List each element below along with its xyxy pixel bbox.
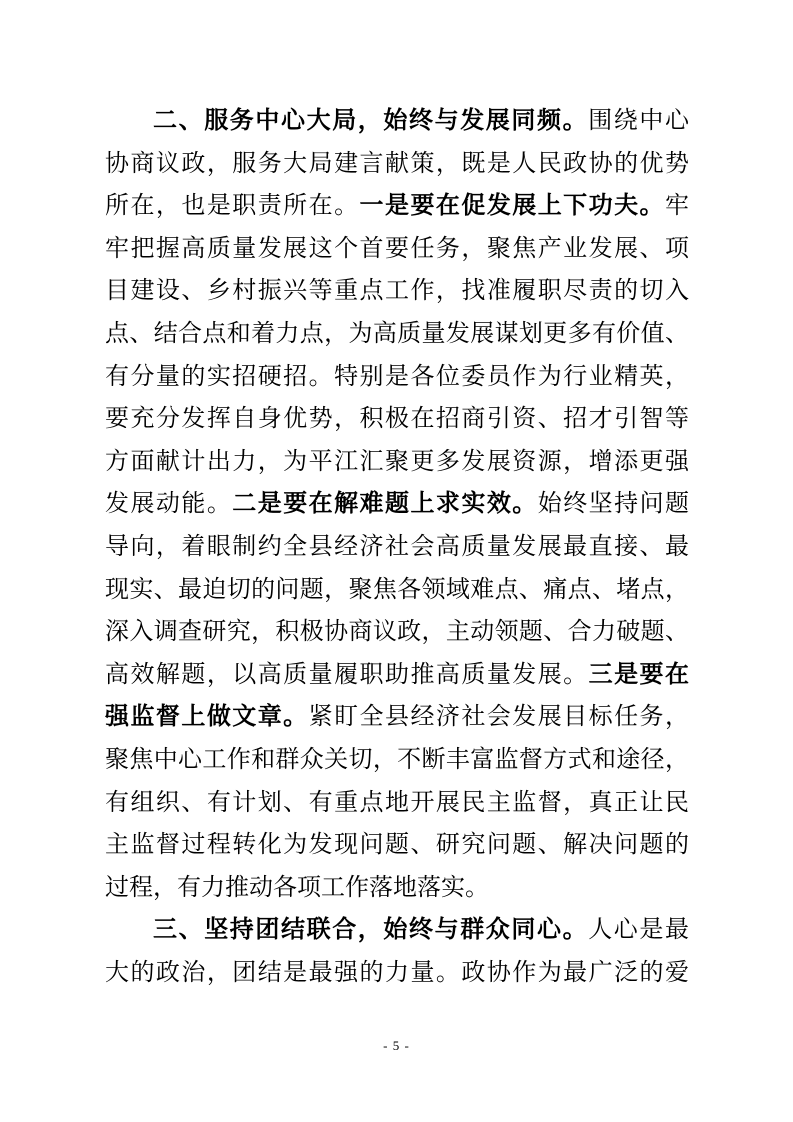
body-text-run: 聚焦中心工作和群众关切，不断丰富监督方式和途径， xyxy=(105,747,689,773)
body-text-run: 牢把握高质量发展这个首要任务，聚焦产业发展、项 xyxy=(105,236,689,262)
text-line: 高效解题，以高质量履职助推高质量发展。三是要在 xyxy=(105,654,689,697)
text-line: 聚焦中心工作和群众关切，不断丰富监督方式和途径， xyxy=(105,739,689,782)
document-body: 二、服务中心大局，始终与发展同频。围绕中心协商议政，服务大局建言献策，既是人民政… xyxy=(105,100,689,994)
body-text-run: 有组织、有计划、有重点地开展民主监督，真正让民 xyxy=(105,790,689,816)
body-text-run: 过程，有力推动各项工作落地落实。 xyxy=(105,875,489,901)
text-line: 有组织、有计划、有重点地开展民主监督，真正让民 xyxy=(105,782,689,825)
text-line: 过程，有力推动各项工作落地落实。 xyxy=(105,867,689,910)
text-line: 现实、最迫切的问题，聚焦各领域难点、痛点、堵点， xyxy=(105,569,689,612)
text-line: 强监督上做文章。紧盯全县经济社会发展目标任务， xyxy=(105,696,689,739)
text-line: 导向，着眼制约全县经济社会高质量发展最直接、最 xyxy=(105,526,689,569)
body-text-run: 导向，着眼制约全县经济社会高质量发展最直接、最 xyxy=(105,534,689,560)
body-text-run: 现实、最迫切的问题，聚焦各领域难点、痛点、堵点， xyxy=(105,577,689,603)
body-text-run: 大的政治，团结是最强的力量。政协作为最广泛的爱 xyxy=(105,960,689,986)
text-line: 有分量的实招硬招。特别是各位委员作为行业精英， xyxy=(105,356,689,399)
paragraph: 三、坚持团结联合，始终与群众同心。人心是最大的政治，团结是最强的力量。政协作为最… xyxy=(105,909,689,994)
body-text-run: 围绕中心 xyxy=(588,108,689,134)
text-line: 目建设、乡村振兴等重点工作，找准履职尽责的切入 xyxy=(105,270,689,313)
text-line: 方面献计出力，为平江汇聚更多发展资源，增添更强 xyxy=(105,441,689,484)
body-text-run: 点、结合点和着力点，为高质量发展谋划更多有价值、 xyxy=(105,321,689,347)
page-number: - 5 - xyxy=(0,1038,793,1054)
body-text-run: 紧盯全县经济社会发展目标任务， xyxy=(309,704,689,730)
document-page: 二、服务中心大局，始终与发展同频。围绕中心协商议政，服务大局建言献策，既是人民政… xyxy=(0,0,793,1122)
body-text-run: 方面献计出力，为平江汇聚更多发展资源，增添更强 xyxy=(105,449,689,475)
body-text-run: 深入调查研究，积极协商议政，主动领题、合力破题、 xyxy=(105,619,689,645)
section-heading-run: 三、坚持团结联合，始终与群众同心。 xyxy=(153,916,588,943)
body-text-run: 要充分发挥自身优势，积极在招商引资、招才引智等 xyxy=(105,406,689,432)
text-line: 深入调查研究，积极协商议政，主动领题、合力破题、 xyxy=(105,611,689,654)
emphasis-run: 二是要在解难题上求实效。 xyxy=(232,491,537,517)
body-text-run: 高效解题，以高质量履职助推高质量发展。 xyxy=(105,662,589,688)
body-text-run: 所在，也是职责所在。 xyxy=(105,193,360,219)
emphasis-run: 强监督上做文章。 xyxy=(105,704,309,730)
emphasis-run: 三是要在 xyxy=(589,662,689,688)
section-heading-run: 二、服务中心大局，始终与发展同频。 xyxy=(153,107,588,134)
body-text-run: 有分量的实招硬招。特别是各位委员作为行业精英， xyxy=(105,364,689,390)
body-text-run: 发展动能。 xyxy=(105,491,232,517)
paragraph: 二、服务中心大局，始终与发展同频。围绕中心协商议政，服务大局建言献策，既是人民政… xyxy=(105,100,689,909)
text-line: 点、结合点和着力点，为高质量发展谋划更多有价值、 xyxy=(105,313,689,356)
text-line: 大的政治，团结是最强的力量。政协作为最广泛的爱 xyxy=(105,952,689,995)
text-line: 要充分发挥自身优势，积极在招商引资、招才引智等 xyxy=(105,398,689,441)
text-line: 所在，也是职责所在。一是要在促发展上下功夫。牢 xyxy=(105,185,689,228)
body-text-run: 人心是最 xyxy=(588,917,689,943)
text-line: 二、服务中心大局，始终与发展同频。围绕中心 xyxy=(105,100,689,143)
body-text-run: 牢 xyxy=(665,193,689,219)
text-line: 发展动能。二是要在解难题上求实效。始终坚持问题 xyxy=(105,483,689,526)
body-text-run: 协商议政，服务大局建言献策，既是人民政协的优势 xyxy=(105,151,689,177)
text-line: 三、坚持团结联合，始终与群众同心。人心是最 xyxy=(105,909,689,952)
text-line: 牢把握高质量发展这个首要任务，聚焦产业发展、项 xyxy=(105,228,689,271)
body-text-run: 始终坚持问题 xyxy=(538,491,689,517)
text-line: 主监督过程转化为发现问题、研究问题、解决问题的 xyxy=(105,824,689,867)
body-text-run: 目建设、乡村振兴等重点工作，找准履职尽责的切入 xyxy=(105,278,689,304)
text-line: 协商议政，服务大局建言献策，既是人民政协的优势 xyxy=(105,143,689,186)
emphasis-run: 一是要在促发展上下功夫。 xyxy=(360,193,665,219)
body-text-run: 主监督过程转化为发现问题、研究问题、解决问题的 xyxy=(105,832,689,858)
